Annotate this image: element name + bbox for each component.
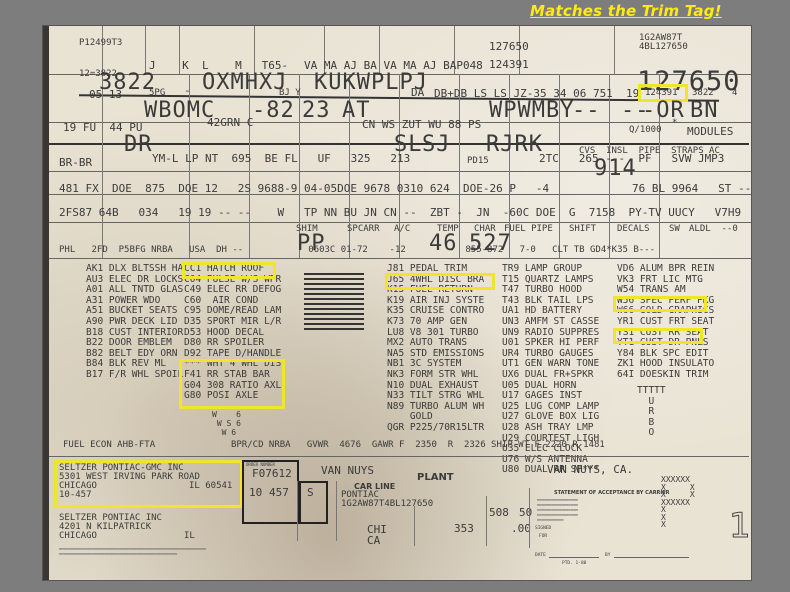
- for-label: FOR: [539, 534, 547, 539]
- big-wbomc: WBOMC: [144, 98, 215, 123]
- hatch-roof-highlight: [182, 262, 276, 279]
- options-column-5: VD6 ALUM BPR REINVK3 FRT LIC MTGW54 TRAN…: [617, 264, 714, 381]
- br-br-code: BR-BR: [59, 156, 92, 169]
- vin: 1G2AW87T4BL127650: [341, 499, 433, 509]
- destination-charges: 353: [454, 522, 474, 535]
- signed-label: SIGNED: [535, 526, 551, 531]
- date-label: DATE: [535, 553, 546, 558]
- amount-cents-00: .00: [511, 522, 531, 535]
- vin-stamp-2: 4BL127650: [639, 42, 688, 52]
- big-23: 23: [302, 98, 331, 123]
- option-code-item: QGR P225/70R15LTR: [387, 423, 484, 434]
- row3-codes: YM-L LP NT 695 BE FL UF 325 213: [152, 152, 410, 165]
- disc-brake-highlight: [385, 273, 495, 290]
- row4-left-codes: 481 FX DOE 875 DOE 12 2S 9688-9 04-05DOE…: [59, 182, 549, 195]
- option-code-item: TR9 LAMP GROUP: [502, 264, 599, 275]
- statement-title: STATEMENT OF ACCEPTANCE BY CARRIER: [554, 490, 670, 496]
- build-sheet-document: P12499T3 J K L M T65- VA MA AJ BA VA MA …: [43, 26, 751, 580]
- spg-code: 5PG: [149, 88, 165, 98]
- turbo-vertical: TTTTT U R B O: [637, 386, 666, 439]
- bjy-code: BJ Y: [279, 88, 301, 98]
- ptd-label: PTD. 1-80: [562, 561, 586, 566]
- row-marker-4: 4: [732, 88, 737, 98]
- option-code-item: B17 F/R WHL SPOIL: [86, 370, 183, 381]
- x-pattern: XXXXXX X X X X XXXXXX X X X: [661, 476, 695, 529]
- option-code-item: VD6 ALUM BPR REIN: [617, 264, 714, 275]
- caption-matches-trim-tag: Matches the Trim Tag!: [530, 2, 722, 20]
- option-code-item: D35 SPORT MIR L/R: [184, 317, 281, 328]
- pd15-code: PD15: [467, 156, 489, 166]
- modules-label: MODULES: [687, 125, 733, 138]
- option-code-item: U28 ASH TRAY LMP: [502, 423, 599, 434]
- wsw-marks: W 6 W S 6 W 6: [212, 410, 241, 437]
- page-number: 1: [729, 506, 751, 546]
- option-code-item: K73 70 AMP GEN: [387, 317, 484, 328]
- big-rjrk: RJRK: [486, 132, 543, 157]
- ac-label: A/C: [394, 224, 410, 234]
- serial-code: P12499T3: [79, 38, 122, 48]
- option-code-item: AK1 DLX BLTSSH HA: [86, 264, 183, 275]
- option-code-item: A90 PWR DECK LID: [86, 317, 183, 328]
- wheel-axle-highlight: [179, 359, 285, 409]
- dealer-number: 457: [269, 486, 289, 499]
- legal-fine-print: ▬▬▬▬▬▬▬▬▬▬▬▬▬▬▬▬▬▬▬▬▬▬▬▬▬▬▬▬▬▬▬▬▬▬▬▬▬▬▬▬…: [59, 546, 529, 556]
- fuel-econ-weights-line: FUEL ECON AHB-FTA BPR/CD NRBA GVWR 4676 …: [63, 440, 605, 450]
- option-code-item: YR1 CUST FRT SEAT: [617, 317, 714, 328]
- option-code-item: UX6 DUAL FR+SPKR: [502, 370, 599, 381]
- row4-tags: CVS INSL PIPE STRAPS AC: [579, 146, 720, 156]
- ship-to-city: CHICAGO: [59, 531, 97, 541]
- s-code: S: [307, 486, 314, 499]
- big-dr: DR: [124, 132, 153, 157]
- by-label: BY: [605, 553, 610, 558]
- statement-fine-print: ▬▬▬▬▬▬▬▬▬▬▬▬▬▬▬▬▬▬▬▬▬▬▬▬▬▬▬▬▬▬▬▬▬▬▬▬▬▬▬▬…: [537, 497, 662, 522]
- grn-code: 42GRN C: [207, 116, 253, 129]
- dealer-state-zip: IL 60541: [189, 481, 232, 491]
- aldl-label: ALDL --0: [689, 224, 738, 234]
- dealer-code: 10-457: [59, 490, 92, 500]
- row6-codes: PHL 2FD P5BFG NRBA USA DH -- 0603C 01-72…: [59, 245, 655, 255]
- decals-label: DECALS: [617, 224, 650, 234]
- options-column-1: AK1 DLX BLTSSH HAAU3 ELEC DR LOCKSA01 AL…: [86, 264, 183, 381]
- dash-code: -: [184, 84, 191, 97]
- star-mark: *: [672, 118, 677, 128]
- trim-suffix: 3822: [692, 88, 714, 98]
- code-124391: 124391: [489, 58, 529, 71]
- shift-label: SHIFT: [569, 224, 596, 234]
- date-05-13: 05-13: [89, 88, 122, 101]
- big-914: 914: [594, 156, 637, 181]
- big-oxmhxj: OXMHXJ: [202, 70, 287, 95]
- spec-perf-pkg-highlight: [613, 296, 707, 312]
- option-code-item: 64I DOESKIN TRIM: [617, 370, 714, 381]
- big-bn: BN: [690, 98, 719, 123]
- option-code-item: UN3 AMFM ST CASSE: [502, 317, 599, 328]
- ship-to-state: IL: [184, 531, 195, 541]
- blk-spc-edit-highlight: [613, 328, 703, 344]
- barcode: [304, 273, 364, 333]
- dashes-1: --: [572, 98, 601, 123]
- big-sj: SJ: [422, 132, 451, 157]
- big-neg82: -82: [252, 98, 295, 123]
- big-sl: SL: [394, 132, 423, 157]
- big-wpwmby: WPWMBY: [489, 98, 574, 123]
- big-or: -OR: [642, 98, 685, 123]
- q-1000: Q/1000: [629, 125, 662, 135]
- cn-ws-codes: CN WS ZUT WU 88 PS: [362, 118, 481, 131]
- order-number: F07612: [252, 467, 292, 480]
- option-code-item: NK3 FORM STR WHL: [387, 370, 484, 381]
- zone-code: 10: [249, 486, 262, 499]
- sw-label: SW: [669, 224, 680, 234]
- spcarr-label: SPCARR: [347, 224, 380, 234]
- plant-label: PLANT: [417, 472, 454, 483]
- van-nuys-label: VAN NUYS: [321, 464, 374, 477]
- plant-city: VAN NUYS, CA.: [547, 463, 633, 476]
- da-code: DA: [411, 86, 424, 99]
- code-127650: 127650: [489, 40, 529, 53]
- row4-right-codes: 76 BL 9964 ST -- ---: [632, 182, 751, 195]
- amount-cents-50: 50: [519, 506, 532, 519]
- amount-508: 508: [489, 506, 509, 519]
- row5-codes: 2FS87 64B 034 19 19 -- -- W TP NN BU JN …: [59, 206, 741, 219]
